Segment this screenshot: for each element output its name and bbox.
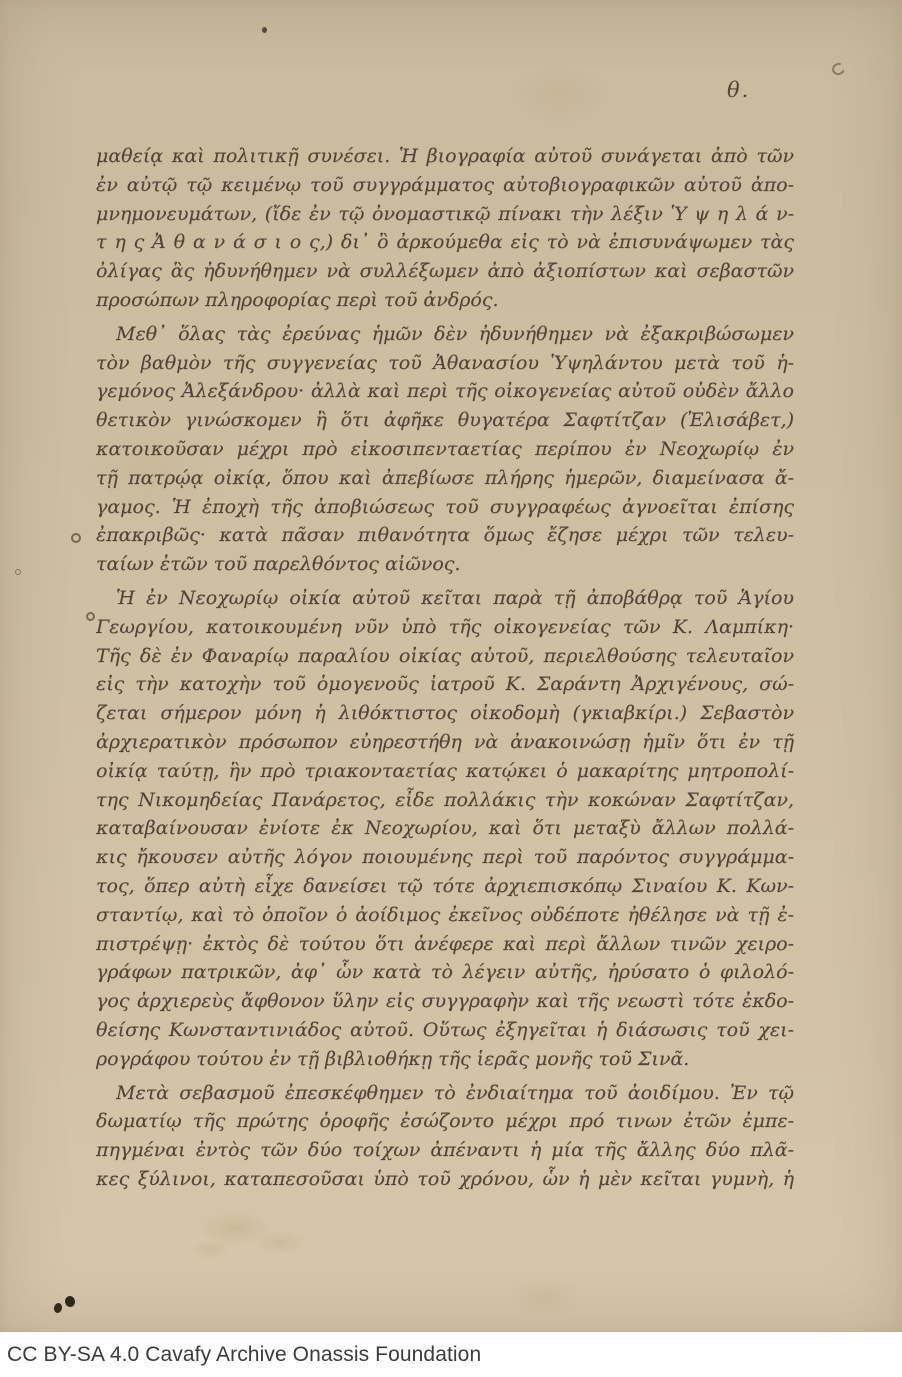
- text-line: Ἡ ἐν Νεοχωρίῳ οἰκία αὐτοῦ κεῖται παρὰ τῇ…: [96, 584, 794, 613]
- text-block: μαθείᾳ καὶ πολιτικῇ συνέσει. Ἡ βιογραφία…: [96, 142, 794, 1194]
- text-line: προσώπων πληροφορίας περὶ τοῦ ἀνδρός.: [96, 286, 794, 315]
- paragraph-2: Μεθ᾽ ὅλας τὰς ἐρεύνας ἡμῶν δὲν ἠδυνήθημε…: [96, 320, 794, 579]
- paragraph-1: μαθείᾳ καὶ πολιτικῇ συνέσει. Ἡ βιογραφία…: [96, 142, 794, 315]
- text-line: Μετὰ σεβασμοῦ ἐπεσκέφθημεν τὸ ἐνδιαίτημα…: [96, 1079, 794, 1108]
- text-line: μνημονευμάτων, (ἴδε ἐν τῷ ὀνομαστικῷ πίν…: [96, 200, 794, 229]
- license-bar: CC BY-SA 4.0 Cavafy Archive Onassis Foun…: [0, 1332, 902, 1377]
- text-line: τὸν βαθμὸν τῆς συγγενείας τοῦ Ἀθανασίου …: [96, 349, 794, 378]
- text-line: καταβαίνουσαν ἐνίοτε ἐκ Νεοχωρίου, καὶ ὅ…: [96, 814, 794, 843]
- paragraph-4: Μετὰ σεβασμοῦ ἐπεσκέφθημεν τὸ ἐνδιαίτημα…: [96, 1079, 794, 1194]
- license-text: CC BY-SA 4.0 Cavafy Archive Onassis Foun…: [7, 1343, 481, 1367]
- text-line: τῇ πατρῴᾳ οἰκίᾳ, ὅπου καὶ ἀπεβίωσε πλήρη…: [96, 464, 794, 493]
- text-line: τ η ς Ἀ θ α ν ά σ ι ο ς,) δι᾽ ὃ ἀρκούμεθ…: [96, 228, 794, 257]
- text-line: κις ἤκουσεν αὐτῆς λόγον ποιουμένης περὶ …: [96, 843, 794, 872]
- text-line: γράφων πατρικῶν, ἀφ᾽ ὧν κατὰ τὸ λέγειν α…: [96, 958, 794, 987]
- text-line: της Νικομηδείας Πανάρετος, εἶδε πολλάκις…: [96, 786, 794, 815]
- text-line: Μεθ᾽ ὅλας τὰς ἐρεύνας ἡμῶν δὲν ἠδυνήθημε…: [96, 320, 794, 349]
- text-line: πηγμέναι ἐντὸς τῶν δύο τοίχων ἀπέναντι ἡ…: [96, 1136, 794, 1165]
- margin-speck-2: [15, 569, 21, 575]
- paragraph-3: Ἡ ἐν Νεοχωρίῳ οἰκία αὐτοῦ κεῖται παρὰ τῇ…: [96, 584, 794, 1074]
- ink-dot-bottom-left-1: [53, 1302, 63, 1314]
- margin-speck-1: [71, 533, 81, 543]
- text-line: κες ξύλινοι, καταπεσοῦσαι ὑπὸ τοῦ χρόνου…: [96, 1165, 794, 1194]
- text-line: ὀλίγας ἃς ἠδυνήθημεν νὰ συλλέξωμεν ἀπὸ ἀ…: [96, 257, 794, 286]
- text-line: δωματίῳ τῆς πρώτης ὀροφῆς ἐσώζοντο μέχρι…: [96, 1107, 794, 1136]
- text-line: γος ἀρχιερεὺς ἄφθονον ὕλην εἰς συγγραφὴν…: [96, 987, 794, 1016]
- text-line: γαμος. Ἡ ἐποχὴ τῆς ἀποβιώσεως τοῦ συγγρα…: [96, 493, 794, 522]
- text-line: μαθείᾳ καὶ πολιτικῇ συνέσει. Ἡ βιογραφία…: [96, 142, 794, 171]
- text-line: ζεται σήμερον μόνη ἡ λιθόκτιστος οἰκοδομ…: [96, 699, 794, 728]
- screenshot-stage: θ. μαθείᾳ καὶ πολιτικῇ συνέσει. Ἡ βιογρα…: [0, 0, 902, 1377]
- text-line: θετικὸν γινώσκομεν ἢ ὅτι ἀφῆκε θυγατέρα …: [96, 406, 794, 435]
- text-line: οἰκίᾳ ταύτῃ, ἣν πρὸ τριακονταετίας κατῴκ…: [96, 757, 794, 786]
- scanned-book-page: θ. μαθείᾳ καὶ πολιτικῇ συνέσει. Ἡ βιογρα…: [0, 0, 902, 1332]
- text-line: κατοικοῦσαν μέχρι πρὸ εἰκοσιπενταετίας π…: [96, 435, 794, 464]
- text-line: ἀρχιερατικὸν πρόσωπον εὐηρεστήθη νὰ ἀνακ…: [96, 728, 794, 757]
- page-number: θ.: [727, 80, 750, 101]
- text-line: σταντίῳ, καὶ τὸ ὁποῖον ὁ ἀοίδιμος ἐκεῖνο…: [96, 901, 794, 930]
- text-line: ταίων ἐτῶν τοῦ παρελθόντος αἰῶνος.: [96, 550, 794, 579]
- text-line: ρογράφου τούτου ἐν τῇ βιβλιοθήκῃ τῆς ἱερ…: [96, 1045, 794, 1074]
- text-line: Τῆς δὲ ἐν Φαναρίῳ παραλίου οἰκίας αὐτοῦ,…: [96, 642, 794, 671]
- text-line: ἐπακριβῶς· κατὰ πᾶσαν πιθανότητα ὅμως ἔζ…: [96, 521, 794, 550]
- text-line: Γεωργίου, κατοικουμένη νῦν ὑπὸ τῆς οἰκογ…: [96, 613, 794, 642]
- ink-mark-top-right: [830, 61, 847, 77]
- ink-dot-bottom-left-2: [64, 1295, 76, 1308]
- text-line: γεμόνος Ἀλεξάνδρου· ἀλλὰ καὶ περὶ τῆς οἰ…: [96, 377, 794, 406]
- ink-dot-top: [262, 27, 267, 33]
- text-line: εἰς τὴν κατοχὴν τοῦ ὁμογενοῦς ἰατροῦ Κ. …: [96, 670, 794, 699]
- margin-speck-3: [86, 612, 95, 621]
- text-line: τος, ὅπερ αὐτὴ εἶχε δανείσει τῷ τότε ἀρχ…: [96, 872, 794, 901]
- text-line: πιστρέψῃ· ἐκτὸς δὲ τούτου ὅτι ἀνέφερε κα…: [96, 930, 794, 959]
- text-line: ἐν αὐτῷ τῷ κειμένῳ τοῦ συγγράμματος αὐτο…: [96, 171, 794, 200]
- text-line: θείσης Κωνσταντινιάδος αὐτοῦ. Οὕτως ἐξηγ…: [96, 1016, 794, 1045]
